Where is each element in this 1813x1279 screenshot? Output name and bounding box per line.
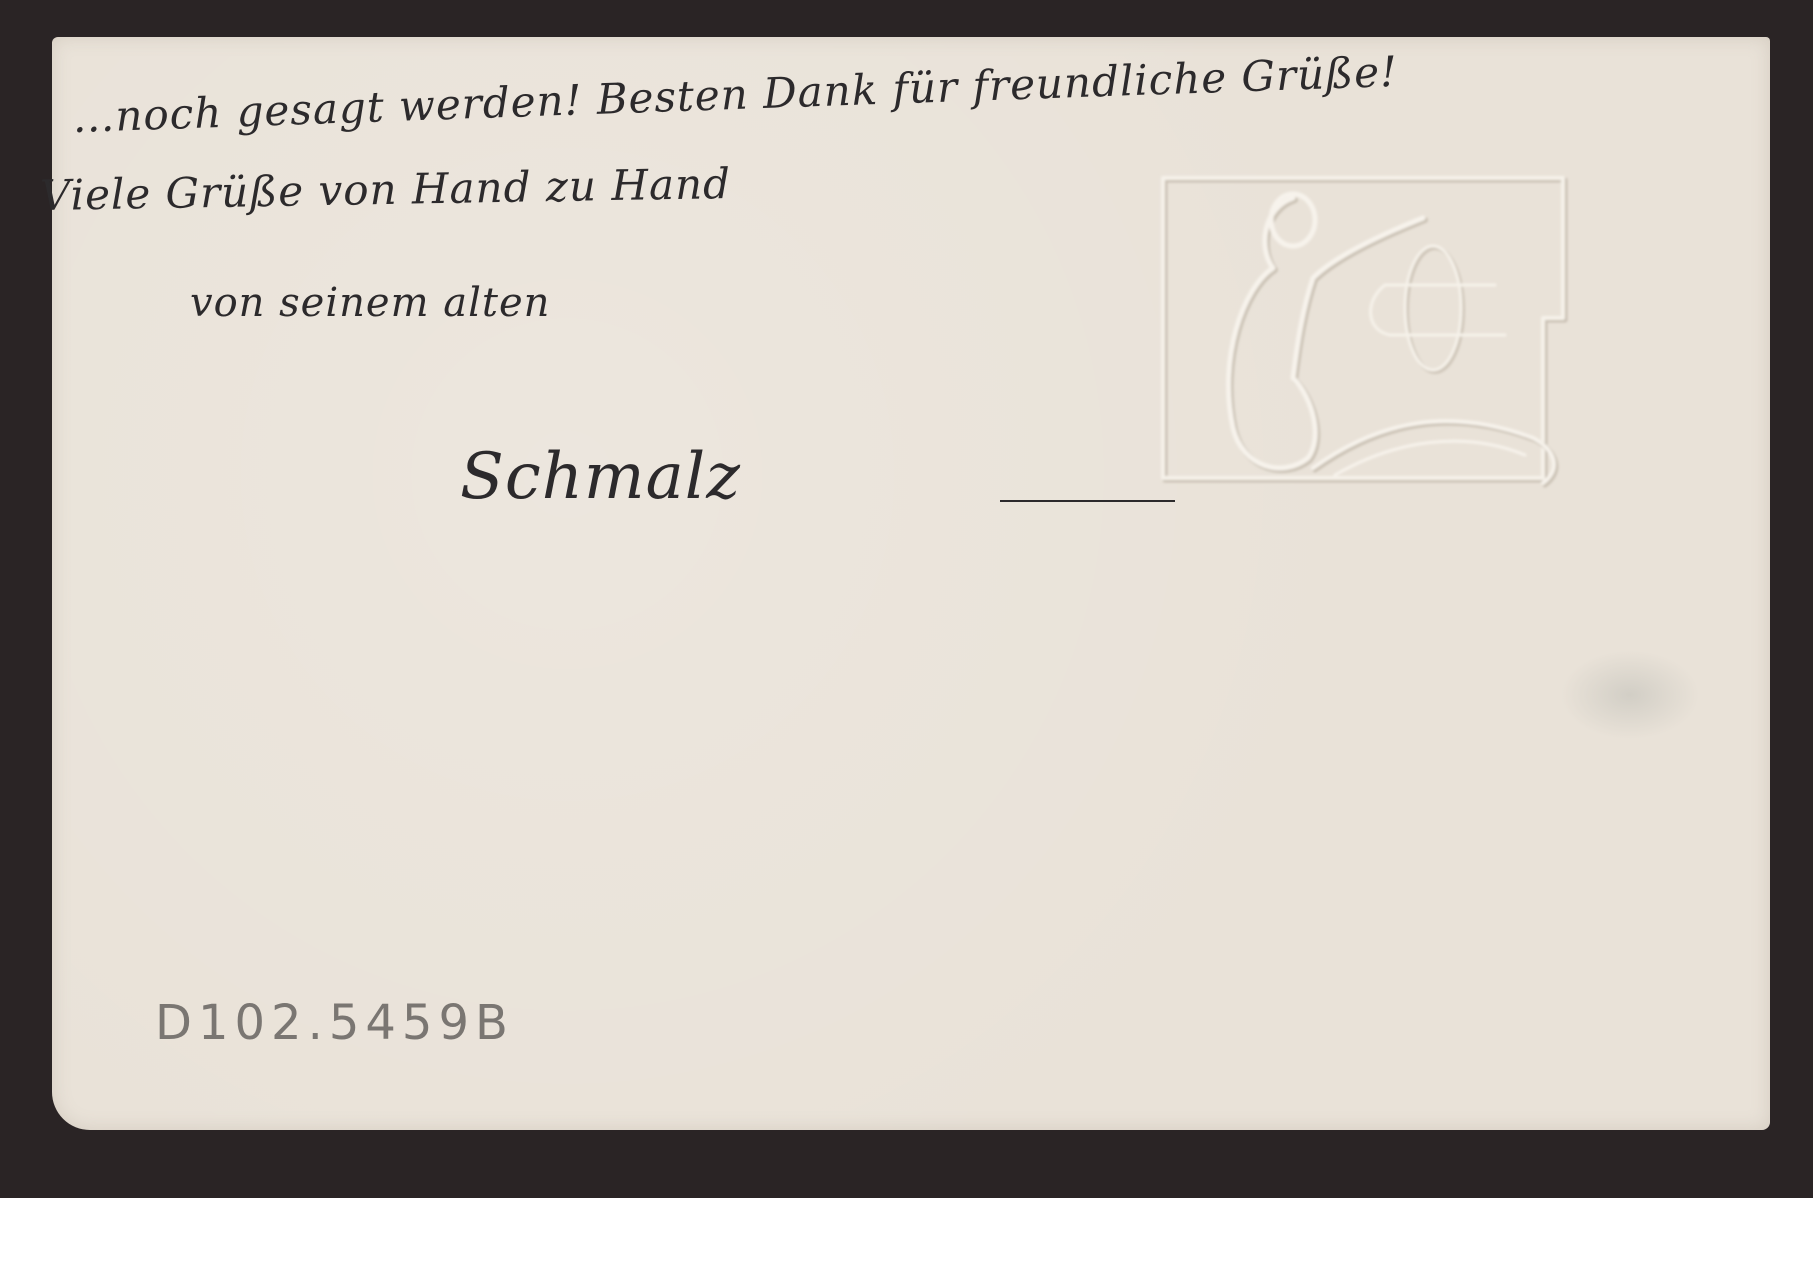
handwritten-line-3: von seinem alten (190, 280, 550, 326)
embossed-vignette-icon (1125, 140, 1595, 520)
inventory-number: D102.5459B (155, 995, 514, 1051)
pencil-smudge (1560, 650, 1700, 740)
signature: Schmalz (460, 440, 741, 514)
